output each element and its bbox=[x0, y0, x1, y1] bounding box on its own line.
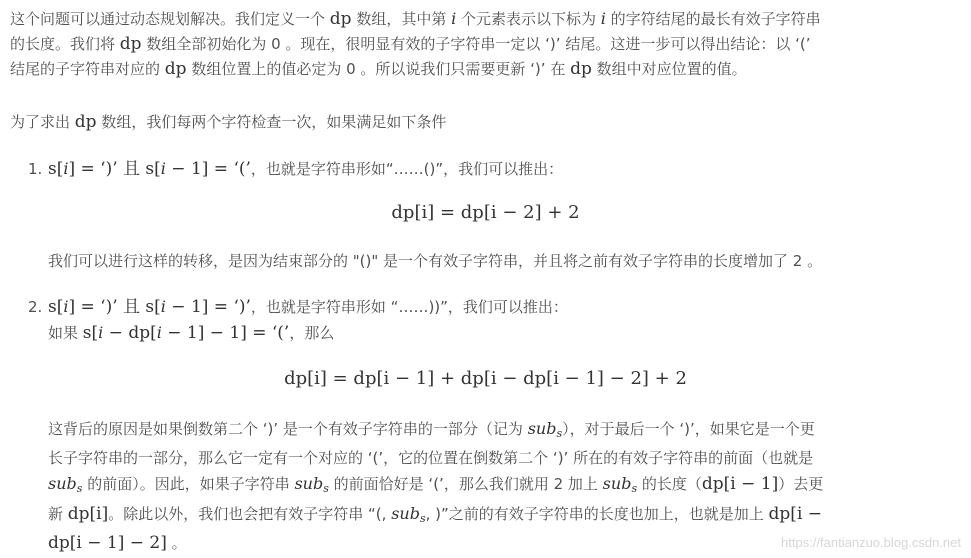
watermark: https://fantianzuo.blog.csdn.net bbox=[781, 535, 961, 550]
intro-line-3: 结尾的子字符串对应的 dp 数组位置上的值必定为 0 。所以说我们只需要更新 ‘… bbox=[10, 57, 960, 82]
case-1-condition: 1.s[i] = ‘)’ 且 s[i − 1] = ‘(’，也就是字符串形如“…… bbox=[28, 156, 958, 182]
intro-line-2: 的长度。我们将 dp 数组全部初始化为 0 。现在，很明显有效的子字符串一定以 … bbox=[10, 32, 960, 57]
explanation-line-1: 这背后的原因是如果倒数第二个 ‘)’ 是一个有效子字符串的一部分（记为 subs… bbox=[48, 416, 960, 446]
case-1-explanation: 我们可以进行这样的转移，是因为结束部分的 "()" 是一个有效子字符串，并且将之… bbox=[48, 249, 960, 274]
intro-paragraph: 这个问题可以通过动态规划解决。我们定义一个 dp 数组，其中第 i 个元素表示以… bbox=[10, 6, 960, 82]
list-number: 2. bbox=[28, 295, 48, 320]
case-1-equation: dp[i] = dp[i − 2] + 2 bbox=[0, 202, 971, 223]
explanation-line-2: 长子字符串的一部分，那么它一定有一个对应的 ‘(’，它的位置在倒数第二个 ‘)’… bbox=[48, 446, 960, 471]
case-2-subcondition: 如果 s[i − dp[i − 1] − 1] = ‘(’，那么 bbox=[48, 320, 960, 346]
explanation-line-4: 新 dp[i]。除此以外，我们也会把有效子字符串 “(, subs, )”之前的… bbox=[48, 501, 960, 531]
case-2-equation: dp[i] = dp[i − 1] + dp[i − dp[i − 1] − 2… bbox=[0, 368, 971, 389]
intro-line-1: 这个问题可以通过动态规划解决。我们定义一个 dp 数组，其中第 i 个元素表示以… bbox=[10, 6, 960, 32]
lead-paragraph: 为了求出 dp 数组，我们每两个字符检查一次，如果满足如下条件 bbox=[10, 110, 960, 135]
list-number: 1. bbox=[28, 157, 48, 182]
case-2-condition: 2.s[i] = ‘)’ 且 s[i − 1] = ‘)’，也就是字符串形如 “… bbox=[28, 294, 958, 320]
explanation-line-3: subs 的前面）。因此，如果子字符串 subs 的前面恰好是 ‘(’，那么我们… bbox=[48, 471, 960, 501]
